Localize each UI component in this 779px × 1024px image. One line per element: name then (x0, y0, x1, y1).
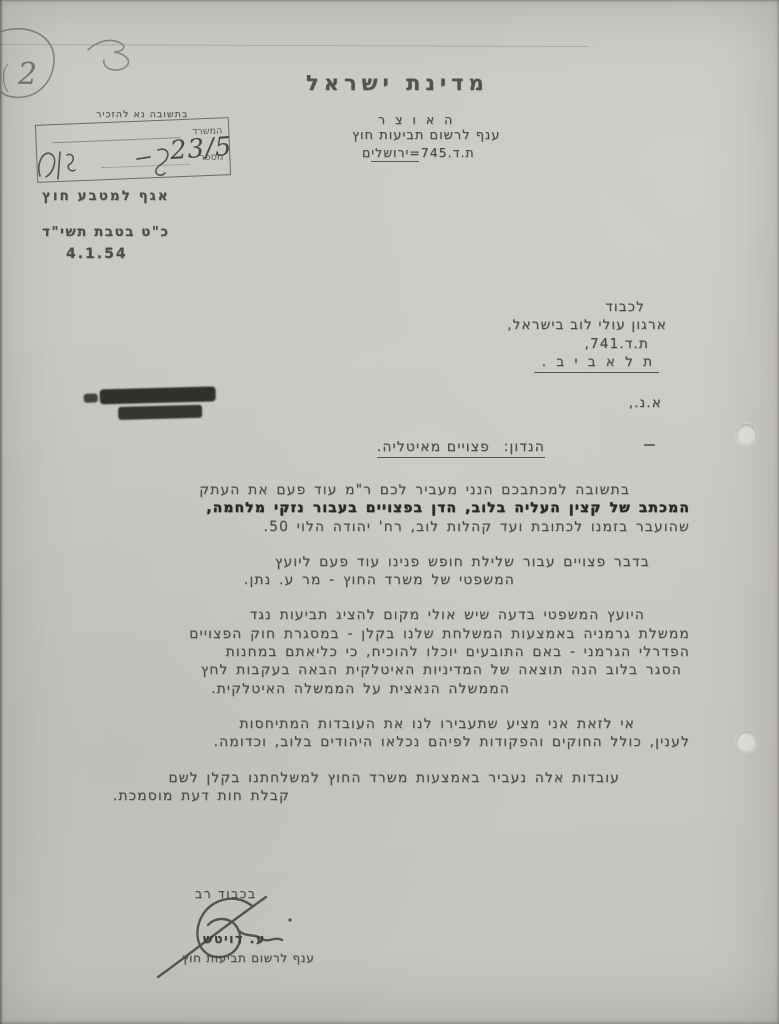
letter-body: בתשובה למכתבכם הנני מעביר לכם ר"מ עוד פע… (78, 481, 690, 822)
paragraph: עובדות אלה נעביר באמצעות משרד החוץ למשלח… (78, 769, 690, 806)
pencil-number-2: 2 (17, 57, 37, 92)
body-line: הממשלה הנאצית על הממשלה האיטלקית. (78, 680, 510, 698)
signature-unit: ענף לרשום תביעות חוץ (182, 951, 315, 965)
letterhead-branch: ענף לרשום תביעות חוץ (352, 128, 500, 143)
addressee-salutation: לכבוד (605, 299, 645, 315)
greeting: א.נ., (629, 395, 662, 411)
letterhead-department: ה א ו צ ר (378, 112, 455, 127)
addressee-city: ת ל א ב י ב . (534, 354, 659, 373)
sender-division: אגף למטבע חוץ (42, 188, 170, 204)
address-underline (371, 161, 419, 162)
handwriting-scribble-left (34, 146, 78, 184)
signature-name: ע. דויטש (203, 931, 266, 946)
body-line: לענין, כולל החוקים והפקודות לפיהם נכלאו … (78, 733, 690, 751)
scan-edge-top (0, 0, 779, 2)
ink-stamp-blob (84, 393, 98, 402)
body-line: ממשלת גרמניה באמצעות המשלחת שלנו בקלן - … (78, 625, 690, 643)
sender-date: 4.1.54 (66, 246, 128, 262)
paragraph: היועץ המשפטי בדעה שיש אולי מקום להציג תב… (78, 606, 690, 697)
body-line: הפדרלי הגרמני - באם התובעים יוכלו להוכיח… (78, 643, 690, 661)
body-line: בדבר פצויים עבור שלילת חופש פנינו עוד פע… (78, 553, 650, 571)
subject-label: הנדון: (504, 439, 545, 455)
body-line: המשפטי של משרד החוץ - מר ע. נתן. (78, 571, 515, 589)
scan-edge-left (0, 0, 3, 1024)
pencil-squiggle (86, 32, 142, 74)
ink-stamp-blob (100, 386, 216, 404)
addressee-organization: ארגון עולי לוב בישראל, (507, 317, 667, 333)
paragraph: בדבר פצויים עבור שלילת חופש פנינו עוד פע… (78, 553, 690, 590)
punch-hole (736, 424, 757, 445)
body-line: בתשובה למכתבכם הנני מעביר לכם ר"מ עוד פע… (78, 481, 630, 499)
letterhead-state: מדינת ישראל (306, 71, 489, 95)
subject-title: פצויים מאיטליה. (377, 439, 490, 455)
body-line-overstruck: המכתב של קצין העליה בלוב, הדן בפצויים בע… (78, 499, 690, 517)
handwriting-scribble-right (134, 142, 174, 178)
body-line: היועץ המשפטי בדעה שיש אולי מקום להציג תב… (78, 606, 645, 624)
body-line: אי לזאת אני מציע שתעבירו לנו את העובדות … (78, 715, 635, 733)
scanned-letter-page: 2 מדינת ישראל ה א ו צ ר ענף לרשום תביעות… (0, 0, 779, 1024)
punch-hole (736, 731, 757, 752)
letterhead-address: ת.ד.745=ירושלים (362, 145, 475, 160)
sender-hebrew-date: כ"ט בטבת תשי"ד (42, 224, 170, 240)
addressee-po-box: ת.ד.741, (585, 336, 650, 352)
body-line: עובדות אלה נעביר באמצעות משרד החוץ למשלח… (78, 769, 620, 787)
paragraph: אי לזאת אני מציע שתעבירו לנו את העובדות … (78, 715, 690, 752)
ink-stamp (84, 386, 225, 426)
body-line: שהועבר בזמנו לכתובת ועד קהלות לוב, רח' י… (78, 518, 690, 536)
body-line: הסגר בלוב הנה תוצאה של המדיניות האיטלקית… (78, 661, 682, 679)
ink-stamp-blob (118, 405, 202, 420)
handwritten-file-number: 23/5 (169, 132, 233, 166)
paragraph: בתשובה למכתבכם הנני מעביר לכם ר"מ עוד פע… (78, 481, 690, 536)
subject-line: הנדון: פצויים מאיטליה. (377, 439, 545, 458)
stray-mark (644, 444, 655, 446)
body-line: קבלת חות דעת מוסמכת. (78, 787, 290, 805)
